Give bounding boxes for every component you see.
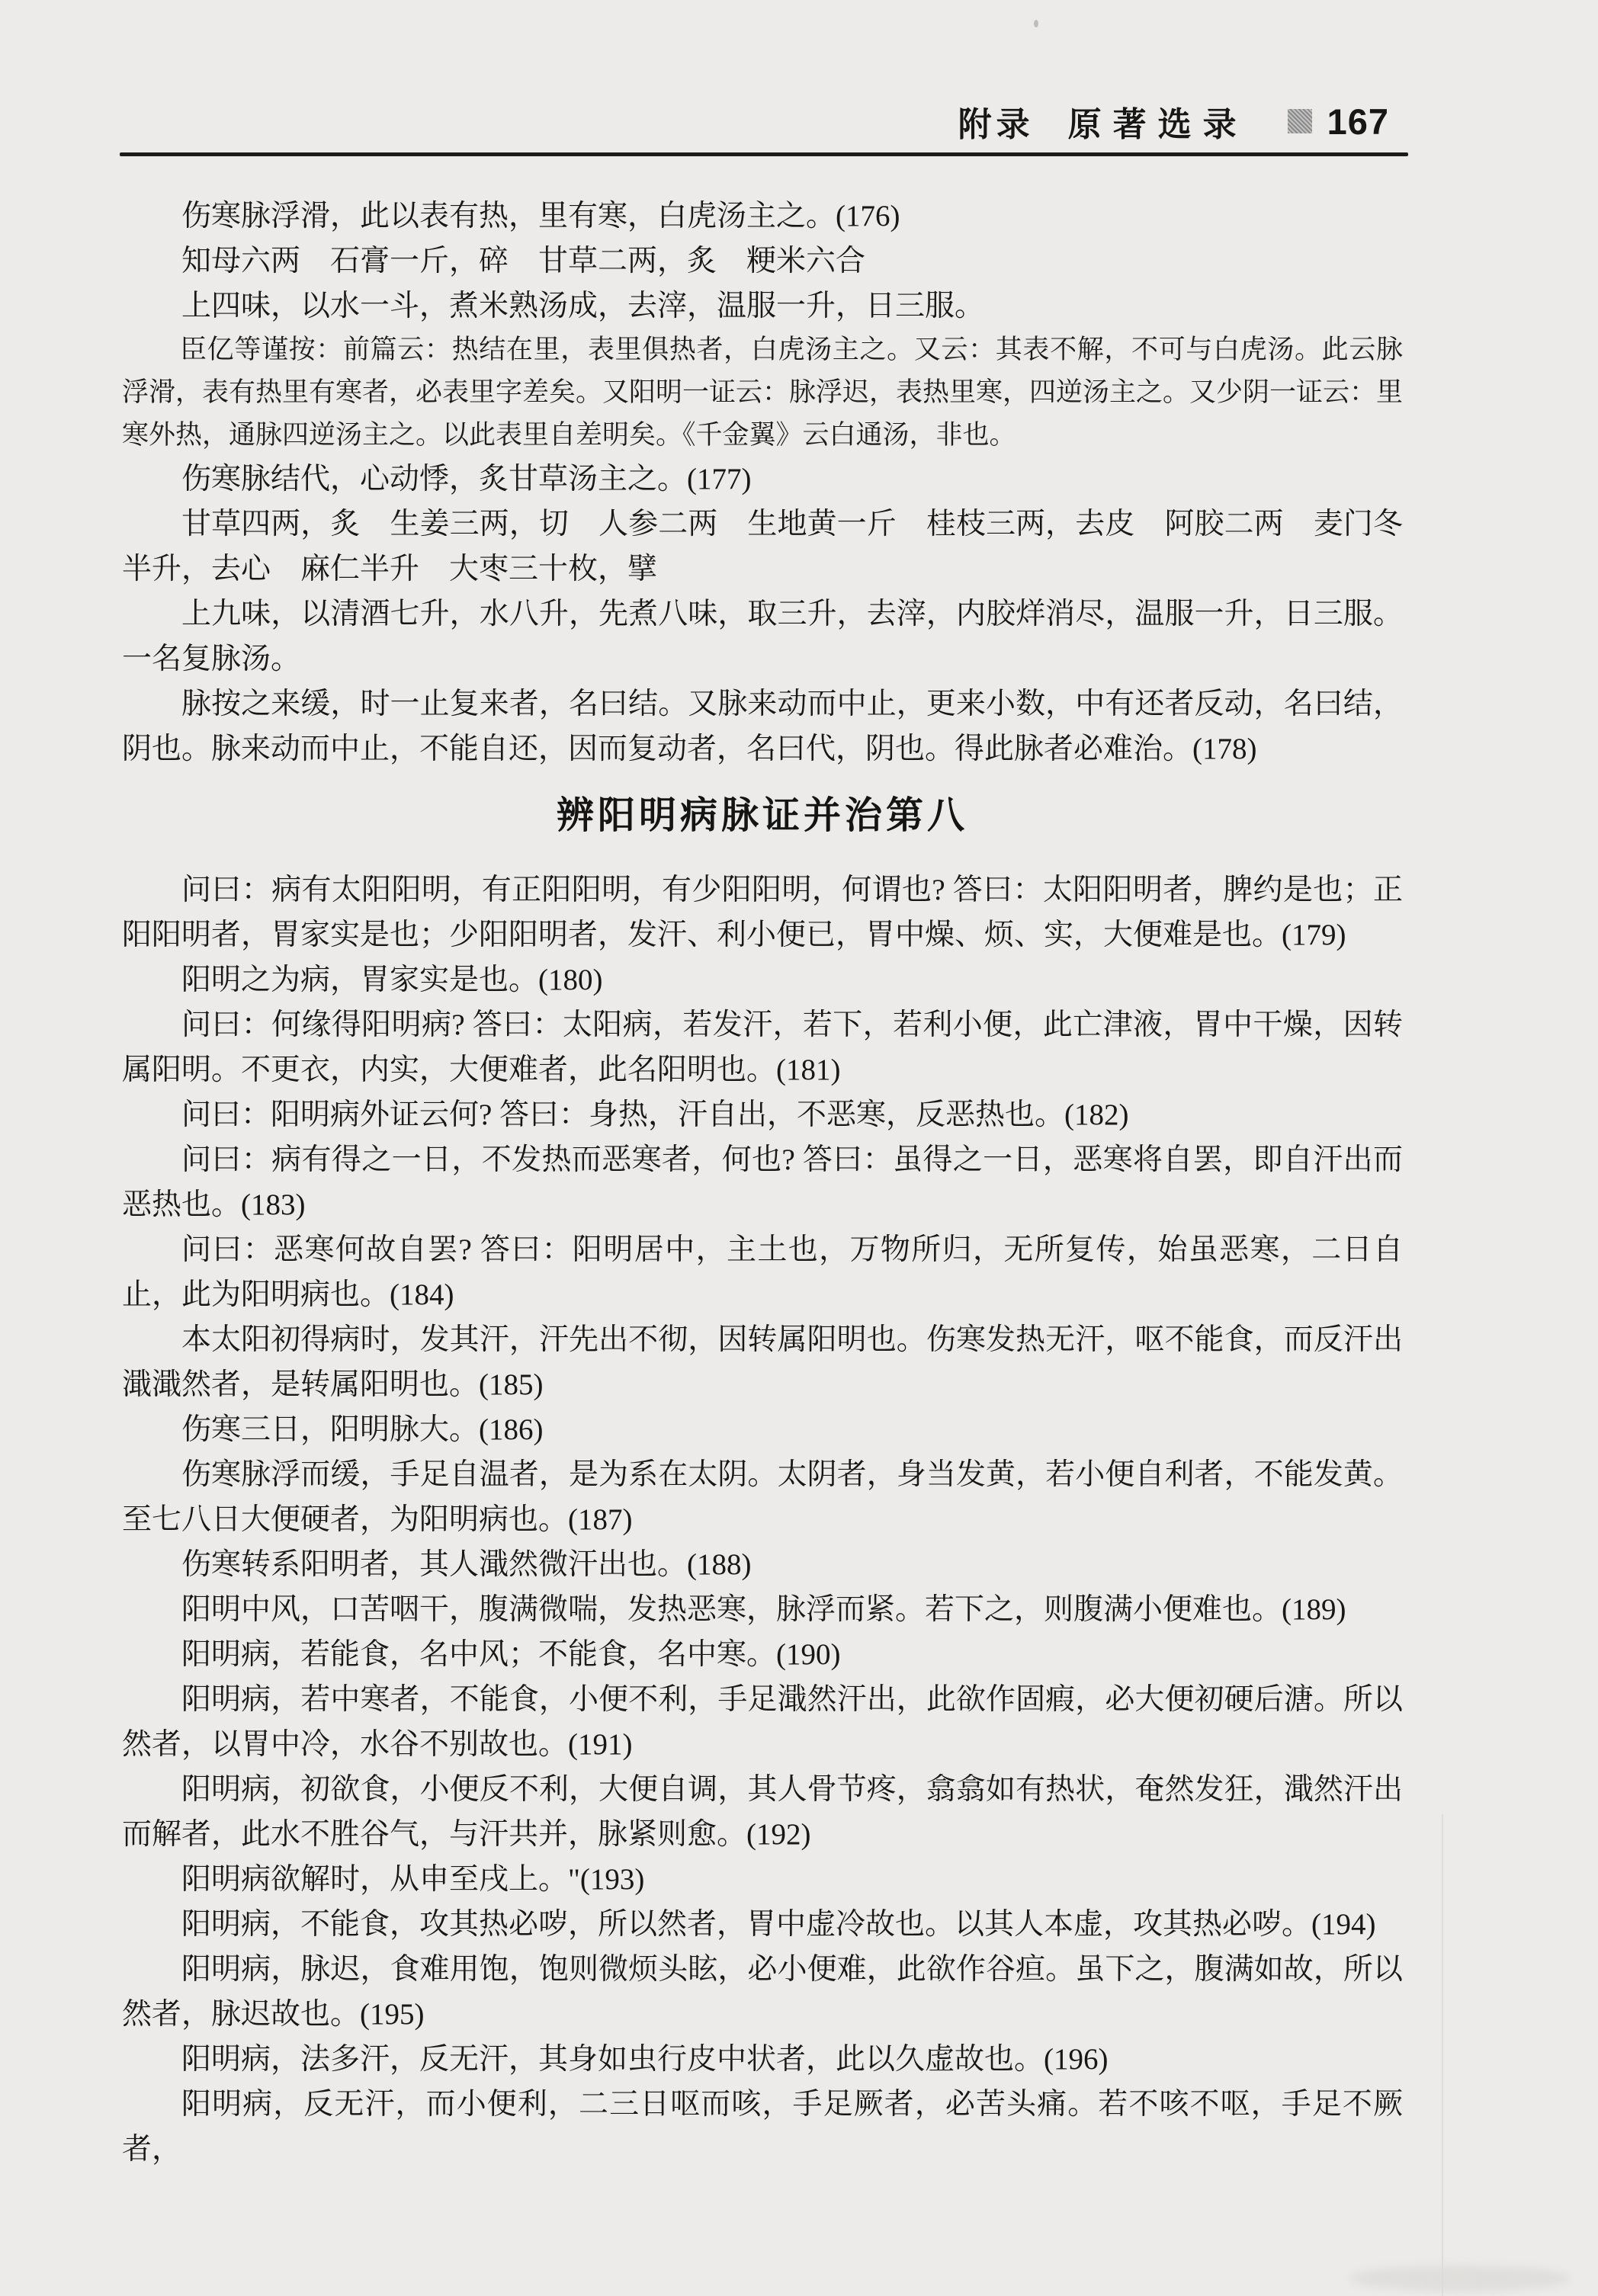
scan-artifact-smudge xyxy=(1349,2266,1571,2291)
body-paragraph: 阳明病，脉迟，食难用饱，饱则微烦头眩，必小便难，此欲作谷疸。虽下之，腹满如故，所… xyxy=(122,1947,1403,2037)
body-paragraph: 上九味，以清酒七升，水八升，先煮八味，取三升，去滓，内胶烊消尽，温服一升，日三服… xyxy=(122,592,1403,681)
body-paragraph: 伤寒转系阳明者，其人濈然微汗出也。(188) xyxy=(122,1542,1403,1587)
body-paragraph: 阳明病欲解时，从申至戌上。"(193) xyxy=(122,1857,1403,1902)
text-block: 伤寒脉浮滑，此以表有热，里有寒，白虎汤主之。(176)知母六两 石膏一斤，碎 甘… xyxy=(122,194,1403,2172)
body-paragraph: 脉按之来缓，时一止复来者，名曰结。又脉来动而中止，更来小数，中有还者反动，名曰结… xyxy=(122,681,1403,771)
section-heading: 辨阳明病脉证并治第八 xyxy=(122,793,1403,839)
body-paragraph: 阳明病，不能食，攻其热必哕，所以然者，胃中虚冷故也。以其人本虚，攻其热必哕。(1… xyxy=(122,1902,1403,1947)
body-paragraph: 问曰：病有太阳阳明，有正阳阳明，有少阳阳明，何谓也? 答曰：太阳阳明者，脾约是也… xyxy=(122,867,1403,957)
body-paragraph: 本太阳初得病时，发其汗，汗先出不彻，因转属阳明也。伤寒发热无汗，呕不能食，而反汗… xyxy=(122,1317,1403,1407)
body-paragraph: 知母六两 石膏一斤，碎 甘草二两，炙 粳米六合 xyxy=(122,239,1403,284)
body-paragraph: 问曰：阳明病外证云何? 答曰：身热，汗自出，不恶寒，反恶热也。(182) xyxy=(122,1092,1403,1137)
header-title: 原著选录 xyxy=(1068,97,1248,146)
scan-artifact-dot xyxy=(1034,20,1038,27)
scan-artifact-line xyxy=(1442,1814,1443,2296)
body-paragraph: 伤寒脉结代，心动悸，炙甘草汤主之。(177) xyxy=(122,457,1403,502)
body-paragraph: 阳明病，反无汗，而小便利，二三日呕而咳，手足厥者，必苦头痛。若不咳不呕，手足不厥… xyxy=(122,2082,1403,2172)
body-paragraph: 问曰：恶寒何故自罢? 答曰：阳明居中，主土也，万物所归，无所复传，始虽恶寒，二日… xyxy=(122,1227,1403,1317)
header-section-label: 附录 xyxy=(958,97,1035,146)
body-paragraph: 阳明病，若能食，名中风；不能食，名中寒。(190) xyxy=(122,1632,1403,1677)
annotation-paragraph: 臣亿等谨按：前篇云：热结在里，表里俱热者，白虎汤主之。又云：其表不解，不可与白虎… xyxy=(122,329,1403,457)
body-paragraph: 伤寒脉浮而缓，手足自温者，是为系在太阴。太阴者，身当发黄，若小便自利者，不能发黄… xyxy=(122,1452,1403,1542)
body-paragraph: 问曰：何缘得阳明病? 答曰：太阳病，若发汗，若下，若利小便，此亡津液，胃中干燥，… xyxy=(122,1002,1403,1092)
halftone-square-icon xyxy=(1288,109,1312,133)
body-paragraph: 阳明之为病，胃家实是也。(180) xyxy=(122,957,1403,1002)
body-paragraph: 上四味，以水一斗，煮米熟汤成，去滓，温服一升，日三服。 xyxy=(122,284,1403,329)
book-page: 附录 原著选录 167 伤寒脉浮滑，此以表有热，里有寒，白虎汤主之。(176)知… xyxy=(0,0,1598,2296)
header-rule xyxy=(120,152,1408,156)
body-paragraph: 伤寒脉浮滑，此以表有热，里有寒，白虎汤主之。(176) xyxy=(122,194,1403,239)
body-paragraph: 甘草四两，炙 生姜三两，切 人参二两 生地黄一斤 桂枝三两，去皮 阿胶二两 麦门… xyxy=(122,502,1403,592)
body-paragraph: 问曰：病有得之一日，不发热而恶寒者，何也? 答曰：虽得之一日，恶寒将自罢，即自汗… xyxy=(122,1137,1403,1227)
body-paragraph: 阳明病，若中寒者，不能食，小便不利，手足濈然汗出，此欲作固瘕，必大便初硬后溏。所… xyxy=(122,1677,1403,1767)
body-paragraph: 阳明病，法多汗，反无汗，其身如虫行皮中状者，此以久虚故也。(196) xyxy=(122,2037,1403,2082)
page-header: 附录 原著选录 167 xyxy=(122,93,1403,149)
body-paragraph: 伤寒三日，阳明脉大。(186) xyxy=(122,1407,1403,1452)
page-number: 167 xyxy=(1327,101,1389,143)
body-paragraph: 阳明中风，口苦咽干，腹满微喘，发热恶寒，脉浮而紧。若下之，则腹满小便难也。(18… xyxy=(122,1587,1403,1632)
body-paragraph: 阳明病，初欲食，小便反不利，大便自调，其人骨节疼，翕翕如有热状，奄然发狂，濈然汗… xyxy=(122,1767,1403,1857)
